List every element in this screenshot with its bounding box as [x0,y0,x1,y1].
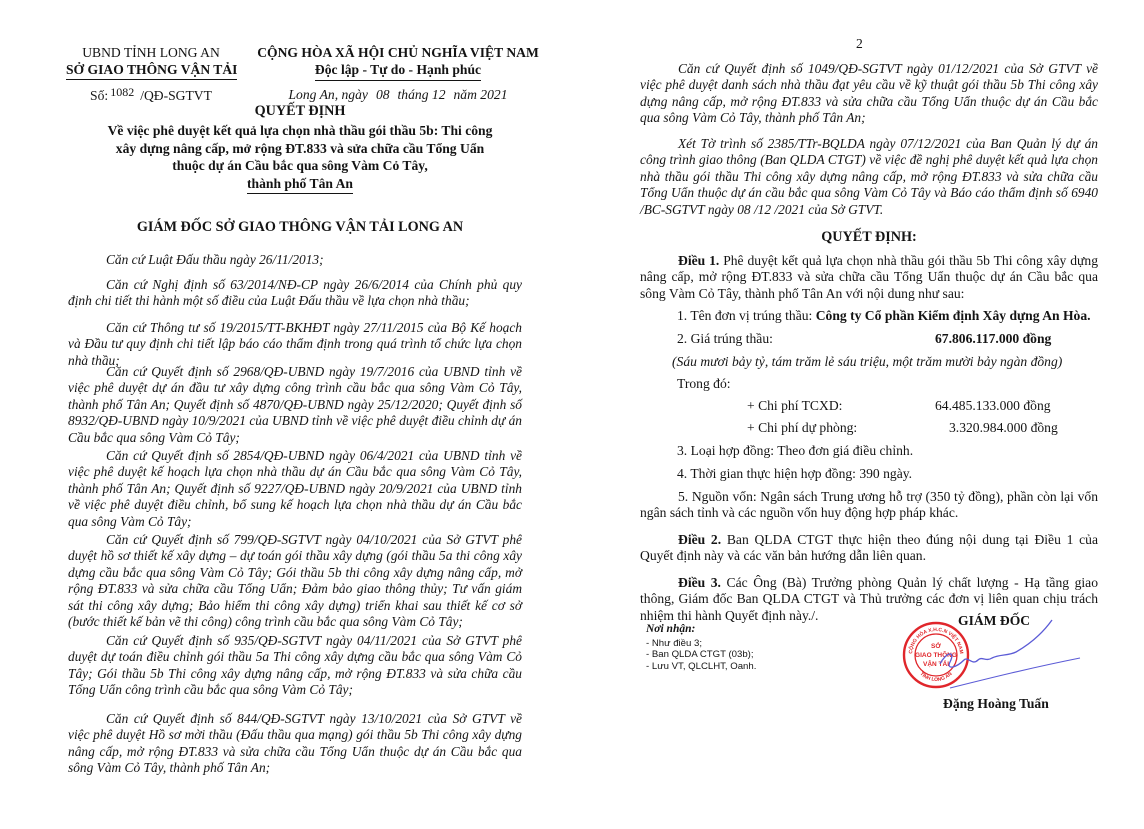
legal-basis: Căn cứ Quyết định số 799/QĐ-SGTVT ngày 0… [68,532,522,630]
legal-basis: Căn cứ Quyết định số 935/QĐ-SGTVT ngày 0… [68,633,522,699]
document-number: Số:1082/QĐ-SGTVT [66,84,236,104]
document-type: QUYẾT ĐỊNH [60,103,540,120]
nation-name: CỘNG HÒA XÃ HỘI CHỦ NGHĨA VIỆT NAM [248,44,548,61]
agency-name: SỞ GIAO THÔNG VẬN TẢI [66,61,236,80]
legal-basis: Căn cứ Quyết định số 2968/QĐ-UBND ngày 1… [68,364,522,446]
breakdown-item-value: 64.485.133.000 đồng [935,398,1051,414]
legal-basis: Xét Tờ trình số 2385/TTr-BQLDA ngày 07/1… [640,136,1098,218]
recipient-item: - Ban QLDA CTGT (03b); [646,649,756,661]
agency-parent: UBND TỈNH LONG AN [66,44,236,61]
recipients-title: Nơi nhận: [646,624,756,636]
winning-price: 67.806.117.000 đồng [935,331,1051,347]
article-1: Điều 1. Phê duyệt kết quả lựa chọn nhà t… [640,253,1098,302]
recipient-item: - Lưu VT, QLCLHT, Oanh. [646,661,756,673]
breakdown-item-value: 3.320.984.000 đồng [949,420,1058,436]
legal-basis: Căn cứ Nghị định số 63/2014/NĐ-CP ngày 2… [68,277,522,310]
legal-basis: Căn cứ Thông tư số 19/2015/TT-BKHĐT ngày… [68,320,522,369]
contract-duration: 4. Thời gian thực hiện hợp đồng: 390 ngà… [677,466,912,482]
legal-basis: Căn cứ Luật Đấu thầu ngày 26/11/2013; [68,252,522,268]
national-heading: CỘNG HÒA XÃ HỘI CHỦ NGHĨA VIỆT NAM Độc l… [248,44,548,103]
decision-heading: QUYẾT ĐỊNH: [640,229,1098,246]
legal-basis: Căn cứ Quyết định số 2854/QĐ-UBND ngày 0… [68,448,522,530]
price-label: 2. Giá trúng thầu: [677,331,773,347]
motto: Độc lập - Tự do - Hạnh phúc [315,61,481,81]
recipients-block: Nơi nhận: - Như điều 3; - Ban QLDA CTGT … [646,624,756,672]
page-number: 2 [856,36,863,52]
funding-source: 5. Nguồn vốn: Ngân sách Trung ương hỗ tr… [640,489,1098,522]
legal-basis: Căn cứ Quyết định số 844/QĐ-SGTVT ngày 1… [68,711,522,777]
contract-type: 3. Loại hợp đồng: Theo đơn giá điều chỉn… [677,443,913,459]
recipient-item: - Như điều 3; [646,638,756,650]
winner-row: 1. Tên đơn vị trúng thầu: Công ty Cổ phầ… [677,308,1091,324]
place-date: Long An, ngày08tháng 12năm 2021 [248,86,548,103]
price-in-words: (Sáu mươi bảy tỷ, tám trăm lẻ sáu triệu,… [672,354,1062,370]
breakdown-label: Trong đó: [677,376,731,392]
legal-basis: Căn cứ Quyết định số 1049/QĐ-SGTVT ngày … [640,61,1098,127]
breakdown-item-label: + Chi phí dự phòng: [747,420,857,436]
issuing-authority: GIÁM ĐỐC SỞ GIAO THÔNG VẬN TẢI LONG AN [60,219,540,236]
document-subject: Về việc phê duyệt kết quả lựa chọn nhà t… [70,122,530,194]
winner-name: Công ty Cổ phần Kiểm định Xây dựng An Hò… [816,308,1091,323]
breakdown-item-label: + Chi phí TCXD: [747,398,842,414]
article-2: Điều 2. Ban QLDA CTGT thực hiện theo đún… [640,532,1098,565]
signature-icon [920,616,1090,696]
page-1: UBND TỈNH LONG AN SỞ GIAO THÔNG VẬN TẢI … [0,0,572,829]
issuing-agency-block: UBND TỈNH LONG AN SỞ GIAO THÔNG VẬN TẢI … [66,44,236,104]
signer-name: Đặng Hoàng Tuấn [943,696,1049,712]
